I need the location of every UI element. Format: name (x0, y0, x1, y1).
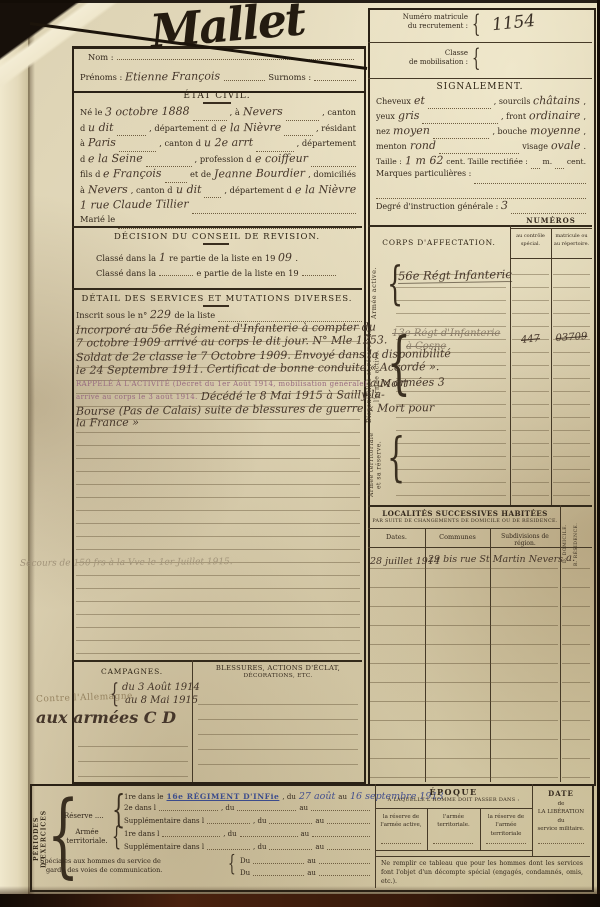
brace-glyph: { (387, 432, 405, 484)
print-segment: e partie de la liste en 19 (196, 269, 298, 277)
hand-segment: Paris (88, 137, 116, 148)
table-line (375, 808, 532, 809)
periodes-row4: 1re dans l, duau (124, 831, 370, 838)
print-segment: , (583, 113, 586, 121)
fill-segment (118, 226, 356, 229)
numeros-header: NUMÉROS (510, 216, 592, 225)
fill-segment (286, 118, 320, 121)
print-segment: au (299, 805, 308, 812)
etat-civil-line: àParis, canton du 2e arrt, département (80, 137, 356, 153)
divider (72, 288, 362, 290)
fill-segment (376, 196, 586, 199)
localites-ruled-area (370, 550, 558, 778)
localites-row-commune: 29 bis rue St Martin Nevers (428, 554, 563, 565)
blue-hand-segment: 27 août (299, 792, 335, 802)
epoque-col1-header: la réserve de l'armée active, (377, 813, 425, 830)
hand-segment: e coiffeur (254, 152, 307, 164)
photo-edge-bottom (0, 894, 600, 907)
fill-segment (474, 181, 586, 184)
fill-segment (240, 834, 298, 837)
print-segment: Marques particulières : (376, 170, 471, 178)
corps-entry-active: 56e Régt Infanterie (398, 267, 512, 284)
localites-col-subdivisions: Subdivisions de région. (491, 533, 559, 547)
decision-line: Classé dans la1re partie de la liste en … (96, 252, 336, 263)
services-section: Inscrit sous le n°229de la liste Incorpo… (76, 309, 362, 431)
periodes-row2: 2e dans l, duau (124, 805, 370, 812)
print-segment: , du (223, 831, 236, 838)
table-line (427, 808, 428, 850)
print-segment: , département d (224, 186, 291, 194)
print-segment: d (80, 155, 85, 163)
divider (192, 660, 193, 782)
territoriale-label-line2: territoriale. (62, 837, 112, 846)
corps-entry-dispo-line2: à Cosne (406, 341, 446, 352)
blank-line (538, 842, 584, 844)
print-segment: visage (522, 143, 548, 151)
matricule-repertoire-header: matricule ou au répertoire. (552, 233, 591, 248)
hand-segment: moyenne (530, 125, 581, 137)
divider (368, 42, 592, 43)
brace-glyph: { (472, 46, 480, 70)
epoque-col3-header: la réserve de l'armée territoriale (482, 813, 530, 838)
blue-stamp-segment: 16e RÉGIMENT D'INFie (167, 793, 280, 801)
epoque-subtitle: À LAQUELLE L'HOMME DOIT PASSER DANS : (375, 797, 532, 803)
hand-segment: 1 m 62 (405, 155, 444, 166)
hand-segment: e la Nièvre (219, 121, 280, 133)
name-signature: Mallet (148, 0, 306, 55)
fill-segment (311, 808, 370, 811)
corps-entry-mort: Mort (380, 377, 408, 390)
print-segment: 1re dans l (124, 831, 159, 838)
territoriale-label-line1: Armée (62, 828, 112, 837)
date-liberation-header: DATE de LA LIBÉRATION du service militai… (534, 789, 588, 834)
print-segment: . (295, 254, 298, 262)
table-line (480, 808, 481, 850)
signalement-blank-line (376, 185, 586, 200)
epoque-col2-header: l'armée territoriale. (429, 813, 478, 830)
fill-segment (269, 847, 312, 850)
periodes-row1: 1re dans le16e RÉGIMENT D'INFie, du27 ao… (124, 792, 374, 802)
table-line (510, 258, 592, 259)
print-segment: au (301, 831, 310, 838)
hand-segment: châtains (533, 95, 580, 106)
table-line (368, 547, 592, 548)
hand-segment: u dit (88, 121, 114, 132)
scanned-military-record-page: Nom : Prénoms :Etienne FrançoisSurnoms :… (0, 0, 600, 907)
hand-segment: 09 (278, 252, 292, 263)
numero-label-line2: du recrutement : (374, 22, 468, 31)
divider (72, 660, 362, 662)
fill-segment (204, 195, 221, 198)
table-line (375, 850, 532, 851)
hand-segment: gris (398, 110, 420, 121)
print-segment: nez (376, 128, 390, 136)
table-line (368, 528, 560, 529)
localites-dr-ruled (562, 550, 590, 778)
print-segment: cent. (567, 158, 586, 166)
campagnes-date-to: au 8 Mai 1915 (125, 695, 198, 706)
print-segment: , canton d (159, 139, 201, 147)
print-segment: , département d (149, 124, 216, 132)
print-segment: Cheveux (376, 98, 411, 106)
fill-segment (422, 121, 498, 124)
hand-segment: Jeanne Bourdier (214, 168, 305, 180)
print-segment: , front (501, 113, 526, 121)
brace-glyph: { (110, 681, 119, 707)
fill-segment (207, 847, 250, 850)
print-segment: menton (376, 143, 407, 151)
table-line (532, 784, 533, 856)
blessures-title-line1: BLESSURES, ACTIONS D'ÉCLAT, (194, 664, 362, 672)
date-header-line: de (534, 800, 588, 809)
print-segment: , du (282, 794, 295, 801)
signalement-instruction-line: Degré d'instruction générale :3 (376, 200, 586, 215)
print-segment: Degré d'instruction générale : (376, 203, 498, 211)
fill-segment (269, 821, 312, 824)
localites-row-dr: a. (566, 553, 575, 564)
print-segment: Inscrit sous le n° (76, 311, 147, 319)
campagnes-note: aux armées C D (36, 708, 176, 727)
fill-segment (555, 166, 564, 169)
classe-label-line2: de mobilisation : (374, 58, 468, 67)
signalement-title: SIGNALEMENT. (368, 82, 592, 92)
hand-segment: ordinaire (529, 110, 580, 122)
fill-segment (192, 211, 356, 214)
print-segment: Né le (80, 108, 102, 116)
signalement-line: nezmoyen, bouchemoyenne, (376, 125, 586, 140)
fill-segment (511, 211, 586, 214)
fill-segment (327, 821, 370, 824)
corps-cell-ruled (396, 262, 506, 502)
hand-segment: u dit (176, 183, 202, 194)
fill-segment (284, 133, 313, 136)
print-segment: m. (543, 158, 553, 166)
blank-line (381, 842, 421, 844)
print-segment: d (80, 124, 85, 132)
fill-segment (159, 273, 193, 276)
date-header-line: service militaire. (534, 825, 588, 834)
divider (368, 505, 592, 507)
fill-segment (327, 847, 370, 850)
periodes-row5: Supplémentaire dans l, duau (124, 844, 370, 851)
periodes-row7: Duau (240, 870, 370, 877)
controle-special-header: au contrôle spécial. (511, 233, 550, 248)
hand-segment: e la Nièvre (295, 183, 356, 195)
divider (368, 78, 592, 79)
hand-segment: Etienne François (125, 71, 220, 83)
print-segment: , à (230, 108, 240, 116)
print-segment: Supplémentaire dans l (124, 818, 204, 825)
date-header-line: du (534, 817, 588, 826)
print-segment: fils d (80, 170, 100, 178)
print-segment: Marié le (80, 215, 115, 223)
hand-segment: 1 rue Claude Tillier (80, 198, 189, 210)
print-segment: cent. Taille rectifiée : (446, 158, 528, 166)
blank-line (486, 842, 526, 844)
prenoms-line: Prénoms :Etienne FrançoisSurnoms : (80, 71, 356, 82)
etat-civil-line: Né le3 octobre 1888, àNevers, canton (80, 106, 356, 122)
fill-segment (253, 861, 304, 864)
hand-segment: e la Seine (88, 152, 143, 164)
campagnes-date-from: du 3 Août 1914 (122, 682, 200, 693)
stamp-segment: arrivé au corps le 3 août 1914. (76, 394, 198, 401)
fill-segment (439, 151, 520, 154)
hand-segment: 7 octobre 1909 arrivé au corps le dit jo… (76, 334, 387, 348)
fill-segment (162, 834, 220, 837)
hand-segment: Nevers (243, 106, 283, 117)
fill-segment (531, 166, 540, 169)
speciales-label-line2: garde des voies de communication. (46, 866, 162, 874)
print-segment: Nom : (88, 53, 114, 61)
brace-glyph: { (112, 824, 121, 850)
print-segment: à (80, 186, 85, 194)
hand-segment: 3 (501, 200, 508, 211)
hand-segment: e François (103, 168, 162, 180)
fill-segment (314, 78, 356, 81)
fill-segment (159, 808, 218, 811)
armee-active-label: Armée active. (370, 262, 378, 324)
table-line (560, 505, 561, 782)
print-segment: , du (253, 818, 266, 825)
table-line (510, 228, 592, 229)
classe-mobilisation-label: Classe de mobilisation : (374, 49, 468, 67)
brace-glyph: { (228, 854, 236, 876)
brace-glyph: { (472, 12, 480, 36)
signalement-line: yeuxgris, frontordinaire, (376, 110, 586, 125)
flourish (203, 243, 229, 245)
hand-segment: rond (410, 140, 436, 151)
corps-affectation-header: CORPS D'AFFECTATION. (372, 238, 506, 247)
flourish (203, 305, 229, 307)
print-segment: , résidant (316, 124, 356, 132)
print-segment: Classé dans la (96, 254, 156, 262)
fill-segment (253, 873, 304, 876)
blessures-ruled-area (198, 690, 358, 778)
fill-segment (311, 164, 356, 167)
print-segment: au (307, 858, 316, 865)
fill-segment (117, 133, 146, 136)
hand-segment: 229 (150, 309, 171, 320)
print-segment: 2e dans l (124, 805, 156, 812)
epoque-title: ÉPOQUE (375, 787, 532, 797)
fill-segment (302, 273, 336, 276)
periodes-row3: Supplémentaire dans l, duau (124, 818, 370, 825)
numero-matricule-label: Numéro matricule du recrutement : (374, 13, 468, 31)
print-segment: , (583, 128, 586, 136)
print-segment: , du (221, 805, 234, 812)
fill-segment (428, 106, 491, 109)
print-segment: 1re dans le (124, 794, 164, 801)
print-segment: Taille : (376, 158, 402, 166)
services-hand-line: la France » (76, 417, 362, 431)
print-segment: à (80, 139, 85, 147)
print-segment: au (315, 818, 324, 825)
print-segment: Du (240, 858, 250, 865)
fill-segment (224, 78, 266, 81)
etat-civil-title: ÉTAT CIVIL. (72, 91, 362, 101)
matricule-cell-ruled (553, 262, 590, 502)
armee-territoriale-label: Armée territoriale et sa réserve. (368, 430, 383, 500)
pencil-note: Secours de 150 frs à la Vve le 1er Juill… (20, 557, 233, 569)
hand-segment: ovale (551, 140, 581, 151)
print-segment: et de (190, 170, 211, 178)
hand-segment: et (414, 95, 425, 106)
campagnes-ruled-area (78, 732, 188, 778)
etat-civil-line: fils de Françoiset deJeanne Bourdier, do… (80, 168, 356, 184)
signalement-section: Cheveuxet, sourcilschâtains, yeuxgris, f… (376, 95, 586, 215)
adjacent-page-edge (0, 0, 30, 907)
print-segment: , bouche (492, 128, 527, 136)
localites-title: LOCALITÉS SUCCESSIVES HABITÉES (368, 509, 562, 518)
fill-segment (193, 118, 227, 121)
print-segment: , profession d (195, 155, 252, 163)
print-segment: . (583, 143, 586, 151)
services-title: DÉTAIL DES SERVICES ET MUTATIONS DIVERSE… (72, 294, 362, 304)
numero-label-line1: Numéro matricule (374, 13, 468, 22)
etat-civil-line: 1 rue Claude Tillier (80, 199, 356, 215)
etat-civil-line: du dit, département de la Nièvre, résida… (80, 122, 356, 138)
page-crease-shadow (28, 0, 35, 907)
fill-segment (433, 136, 489, 139)
blank-line (433, 842, 473, 844)
speciales-label-line1: Spéciales aux hommes du service de (40, 857, 161, 865)
date-header-line: LA LIBÉRATION (534, 808, 588, 817)
signalement-marques-line: Marques particulières : (376, 170, 586, 185)
table-line (375, 856, 590, 857)
print-segment: au (307, 870, 316, 877)
hand-segment: la France » (76, 417, 139, 429)
reserve-label: Réserve .... (64, 812, 104, 820)
print-segment: Classé dans la (96, 269, 156, 277)
disponibilite-reserve-label: Disponibilité et réserve de l'armée acti… (366, 328, 381, 424)
hand-segment: 3 octobre 1888 (105, 106, 190, 118)
print-segment: , département (297, 139, 356, 147)
print-segment: , canton (322, 108, 356, 116)
etat-civil-line: de la Seine, profession de coiffeur (80, 153, 356, 169)
print-segment: de la liste (174, 311, 215, 319)
print-segment: , canton d (131, 186, 173, 194)
blessures-title-line2: DÉCORATIONS, ETC. (194, 673, 362, 679)
print-segment: re partie de la liste en 19 (169, 254, 275, 262)
corps-entry-dispo-line1: 13e Régt d'Infanterie (392, 328, 500, 339)
signalement-line: Cheveuxet, sourcilschâtains, (376, 95, 586, 110)
print-segment: , domiciliés (308, 170, 356, 178)
armee-territoriale-label: Armée territoriale. (62, 828, 112, 846)
classe-label-line1: Classe (374, 49, 468, 58)
hand-segment: Incorporé au 56e Régiment d'Infanterie à… (76, 321, 376, 335)
print-segment: , du (253, 844, 266, 851)
print-segment: au (338, 794, 347, 801)
etat-civil-marie-line: Marié le (80, 215, 356, 231)
print-segment: Du (240, 870, 250, 877)
print-segment: Prénoms : (80, 73, 122, 81)
hand-segment: 1 (159, 252, 166, 263)
signalement-taille-line: Taille :1 m 62cent. Taille rectifiée :m.… (376, 155, 586, 170)
fill-segment (312, 834, 370, 837)
print-segment: au (315, 844, 324, 851)
periodes-row6: Duau (240, 858, 370, 865)
etat-civil-section: Né le3 octobre 1888, àNevers, canton du … (80, 106, 356, 230)
stamp-segment: RAPPELÉ À L'ACTIVITÉ (Décret du 1er Août… (76, 381, 367, 388)
print-segment: Supplémentaire dans l (124, 844, 204, 851)
controle-cell-ruled (512, 262, 549, 502)
hand-segment: moyen (393, 125, 430, 136)
print-segment: yeux (376, 113, 395, 121)
epoque-note: Ne remplir ce tableau que pour les homme… (381, 860, 583, 887)
hand-segment: Nevers (88, 183, 128, 194)
services-hand-line: le 24 Septembre 1911. Certificat de bonn… (76, 363, 362, 377)
localites-subtitle: PAR SUITE DE CHANGEMENTS DE DOMICILE OU … (368, 519, 562, 524)
hand-segment: Décédé le 8 Mai 1915 à Sailly-la- (201, 389, 385, 402)
table-line (551, 228, 552, 505)
flourish (203, 102, 231, 104)
decision-line: Classé dans lae partie de la liste en 19 (96, 269, 336, 277)
signalement-line: mentonrondvisageovale. (376, 140, 586, 155)
localites-col-communes: Communes (425, 533, 490, 541)
fill-segment (207, 821, 250, 824)
divider (368, 225, 592, 227)
fill-segment (237, 808, 296, 811)
fill-segment (319, 873, 370, 876)
localites-col-dates: Dates. (368, 533, 425, 541)
print-segment: , sourcils (494, 98, 531, 106)
date-header-line: DATE (534, 789, 588, 800)
print-segment: Surnoms : (268, 73, 311, 81)
print-segment: , (583, 98, 586, 106)
decision-title: DÉCISION DU CONSEIL DE REVISION. (72, 232, 362, 242)
fill-segment (319, 861, 370, 864)
hand-segment: u 2e arrt (204, 137, 253, 149)
campagnes-title: CAMPAGNES. (72, 667, 192, 676)
etat-civil-line: àNevers, canton du dit, département de l… (80, 184, 356, 200)
